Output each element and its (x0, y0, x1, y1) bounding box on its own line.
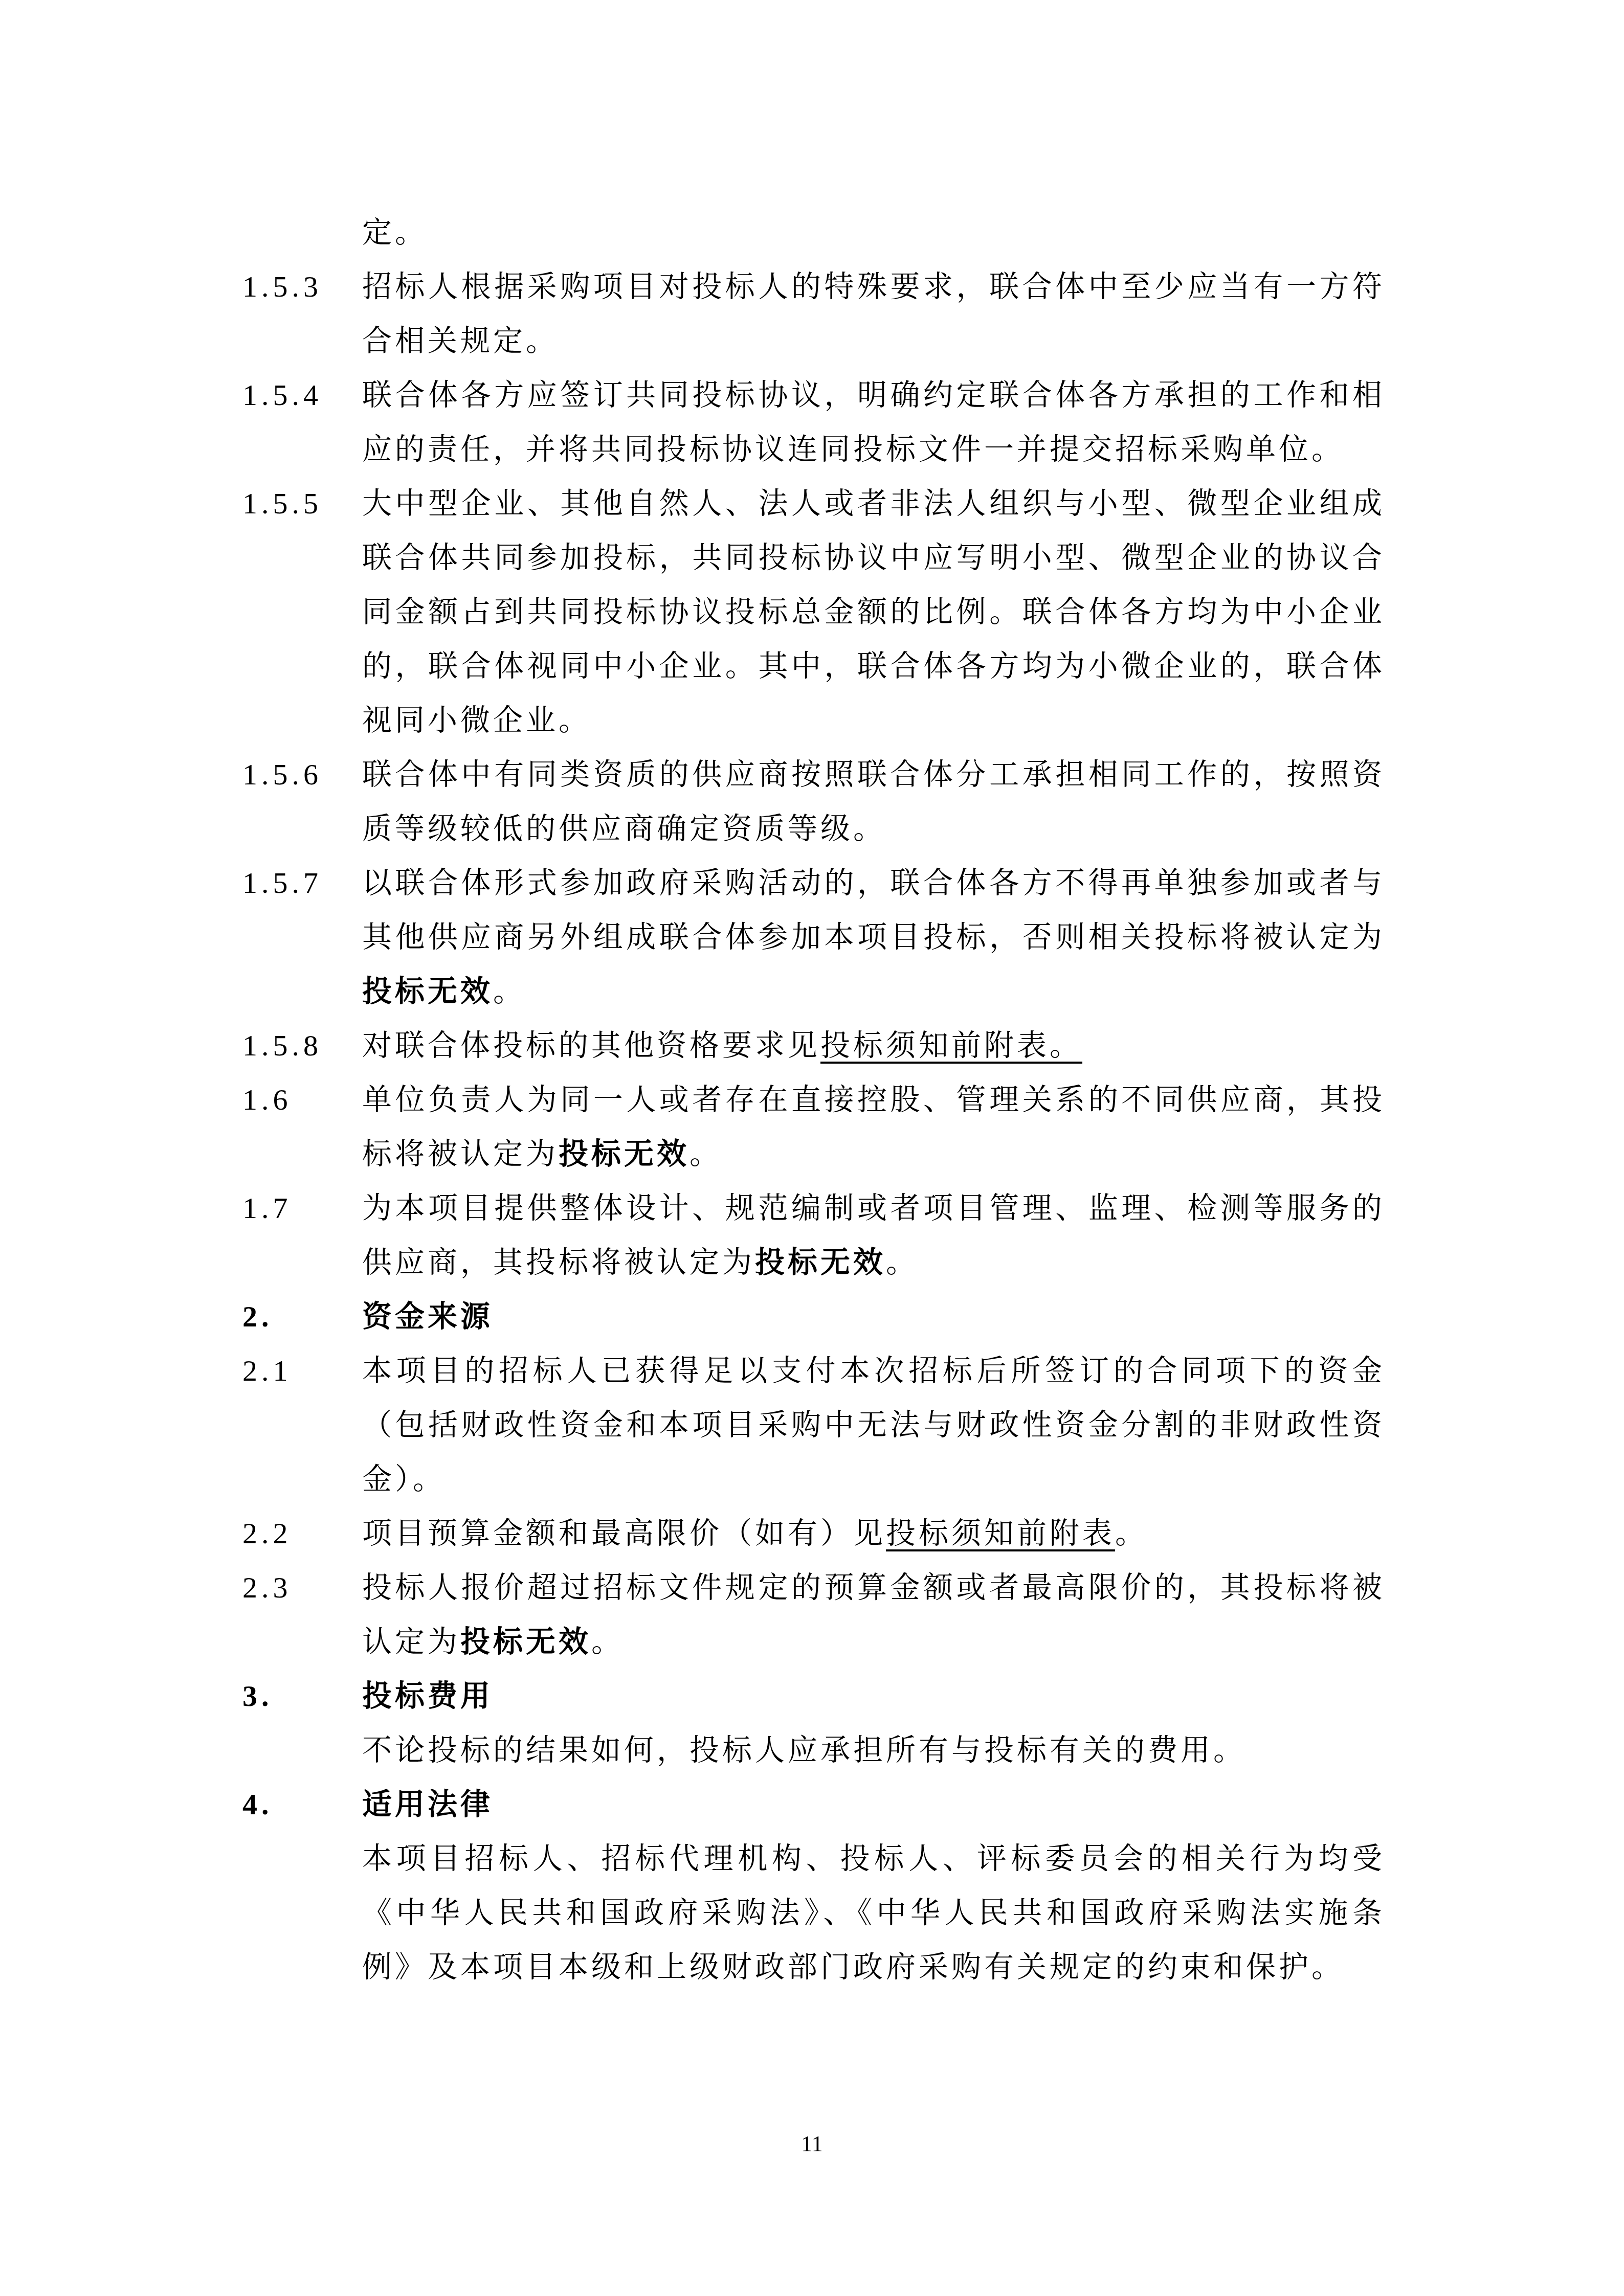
clause-text: 单位负责人为同一人或者存在直接控股、管理关系的不同供应商，其投标将被认定为投标无… (362, 1073, 1385, 1181)
clause-text: 联合体各方应签订共同投标协议，明确约定联合体各方承担的工作和相应的责任，并将共同… (362, 368, 1385, 477)
body-text: 。 (689, 1137, 722, 1170)
body-text: 本项目招标人、招标代理机构、投标人、评标委员会的相关行为均受《中华人民共和国政府… (362, 1842, 1385, 1984)
clause-text: 资金来源 (362, 1290, 1385, 1344)
clause-number: 2.1 (242, 1344, 362, 1398)
body-text: 本项目的招标人已获得足以支付本次招标后所签订的合同项下的资金（包括财政性资金和本… (362, 1354, 1385, 1496)
cross-reference-text: 投标须知前附表 (886, 1517, 1115, 1550)
body-text: 对联合体投标的其他资格要求见 (362, 1029, 820, 1062)
body-text: 招标人根据采购项目对投标人的特殊要求，联合体中至少应当有一方符合相关规定。 (362, 270, 1385, 357)
emphasis-text: 资金来源 (362, 1300, 493, 1333)
body-text: 联合体中有同类资质的供应商按照联合体分工承担相同工作的，按照资质等级较低的供应商… (362, 758, 1385, 845)
clause-number: 4. (242, 1777, 362, 1832)
clause-text: 投标人报价超过招标文件规定的预算金额或者最高限价的，其投标将被认定为投标无效。 (362, 1561, 1385, 1669)
clause-row: 1.6单位负责人为同一人或者存在直接控股、管理关系的不同供应商，其投标将被认定为… (242, 1073, 1385, 1181)
body-text: 不论投标的结果如何，投标人应承担所有与投标有关的费用。 (362, 1734, 1246, 1767)
body-text: 大中型企业、其他自然人、法人或者非法人组织与小型、微型企业组成联合体共同参加投标… (362, 487, 1385, 737)
clause-row: 1.5.4联合体各方应签订共同投标协议，明确约定联合体各方承担的工作和相应的责任… (242, 368, 1385, 477)
emphasis-text: 投标费用 (362, 1679, 493, 1713)
clause-row: 1.5.7以联合体形式参加政府采购活动的，联合体各方不得再单独参加或者与其他供应… (242, 856, 1385, 1019)
clause-text: 联合体中有同类资质的供应商按照联合体分工承担相同工作的，按照资质等级较低的供应商… (362, 748, 1385, 856)
emphasis-text: 投标无效 (559, 1137, 689, 1170)
clause-number: 1.5.7 (242, 856, 362, 910)
clause-row: 1.5.3招标人根据采购项目对投标人的特殊要求，联合体中至少应当有一方符合相关规… (242, 260, 1385, 368)
clause-number: 1.5.8 (242, 1019, 362, 1073)
section-heading-row: 2.资金来源 (242, 1290, 1385, 1344)
body-text: 定。 (362, 216, 428, 249)
clause-number: 1.7 (242, 1181, 362, 1235)
emphasis-text: 投标无效 (362, 975, 493, 1008)
clause-row: 1.5.5大中型企业、其他自然人、法人或者非法人组织与小型、微型企业组成联合体共… (242, 477, 1385, 748)
clause-text: 项目预算金额和最高限价（如有）见投标须知前附表。 (362, 1506, 1385, 1561)
cross-reference-text: 投标须知前附表。 (820, 1029, 1082, 1062)
page-footer: 11 (0, 2131, 1624, 2157)
clause-text: 本项目的招标人已获得足以支付本次招标后所签订的合同项下的资金（包括财政性资金和本… (362, 1344, 1385, 1506)
clause-text: 适用法律 (362, 1777, 1385, 1832)
clause-number: 1.5.3 (242, 260, 362, 314)
clause-number: 2. (242, 1290, 362, 1344)
clause-row: 1.7为本项目提供整体设计、规范编制或者项目管理、监理、检测等服务的供应商，其投… (242, 1181, 1385, 1290)
clause-text: 本项目招标人、招标代理机构、投标人、评标委员会的相关行为均受《中华人民共和国政府… (362, 1832, 1385, 1994)
clause-text: 投标费用 (362, 1669, 1385, 1723)
section-heading-row: 4.适用法律 (242, 1777, 1385, 1832)
clause-number: 2.3 (242, 1561, 362, 1615)
body-text: 项目预算金额和最高限价（如有）见 (362, 1517, 886, 1550)
emphasis-text: 投标无效 (460, 1625, 591, 1658)
clause-number: 3. (242, 1669, 362, 1723)
clause-row: 1.5.6联合体中有同类资质的供应商按照联合体分工承担相同工作的，按照资质等级较… (242, 748, 1385, 856)
clause-row: 不论投标的结果如何，投标人应承担所有与投标有关的费用。 (242, 1723, 1385, 1777)
clause-row: 2.2项目预算金额和最高限价（如有）见投标须知前附表。 (242, 1506, 1385, 1561)
document-body: 定。1.5.3招标人根据采购项目对投标人的特殊要求，联合体中至少应当有一方符合相… (242, 206, 1385, 1994)
clause-number: 1.5.5 (242, 477, 362, 531)
clause-number: 2.2 (242, 1506, 362, 1561)
section-heading-row: 3.投标费用 (242, 1669, 1385, 1723)
clause-number: 1.5.6 (242, 748, 362, 802)
clause-text: 对联合体投标的其他资格要求见投标须知前附表。 (362, 1019, 1385, 1073)
body-text: 。 (886, 1246, 919, 1279)
emphasis-text: 适用法律 (362, 1788, 493, 1821)
clause-row: 本项目招标人、招标代理机构、投标人、评标委员会的相关行为均受《中华人民共和国政府… (242, 1832, 1385, 1994)
body-text: 单位负责人为同一人或者存在直接控股、管理关系的不同供应商，其投标将被认定为 (362, 1083, 1385, 1170)
clause-row: 2.3投标人报价超过招标文件规定的预算金额或者最高限价的，其投标将被认定为投标无… (242, 1561, 1385, 1669)
clause-row: 定。 (242, 206, 1385, 260)
clause-text: 以联合体形式参加政府采购活动的，联合体各方不得再单独参加或者与其他供应商另外组成… (362, 856, 1385, 1019)
clause-text: 定。 (362, 206, 1385, 260)
body-text: 联合体各方应签订共同投标协议，明确约定联合体各方承担的工作和相应的责任，并将共同… (362, 378, 1385, 466)
clause-text: 大中型企业、其他自然人、法人或者非法人组织与小型、微型企业组成联合体共同参加投标… (362, 477, 1385, 748)
body-text: 以联合体形式参加政府采购活动的，联合体各方不得再单独参加或者与其他供应商另外组成… (362, 866, 1385, 954)
clause-row: 1.5.8对联合体投标的其他资格要求见投标须知前附表。 (242, 1019, 1385, 1073)
emphasis-text: 投标无效 (755, 1246, 886, 1279)
body-text: 。 (493, 975, 526, 1008)
clause-text: 招标人根据采购项目对投标人的特殊要求，联合体中至少应当有一方符合相关规定。 (362, 260, 1385, 368)
body-text: 。 (1115, 1517, 1148, 1550)
clause-number: 1.6 (242, 1073, 362, 1127)
page-number: 11 (801, 2131, 822, 2156)
clause-text: 不论投标的结果如何，投标人应承担所有与投标有关的费用。 (362, 1723, 1385, 1777)
clause-number: 1.5.4 (242, 368, 362, 422)
clause-text: 为本项目提供整体设计、规范编制或者项目管理、监理、检测等服务的供应商，其投标将被… (362, 1181, 1385, 1290)
document-page: 定。1.5.3招标人根据采购项目对投标人的特殊要求，联合体中至少应当有一方符合相… (0, 0, 1624, 2296)
clause-row: 2.1本项目的招标人已获得足以支付本次招标后所签订的合同项下的资金（包括财政性资… (242, 1344, 1385, 1506)
body-text: 。 (591, 1625, 624, 1658)
